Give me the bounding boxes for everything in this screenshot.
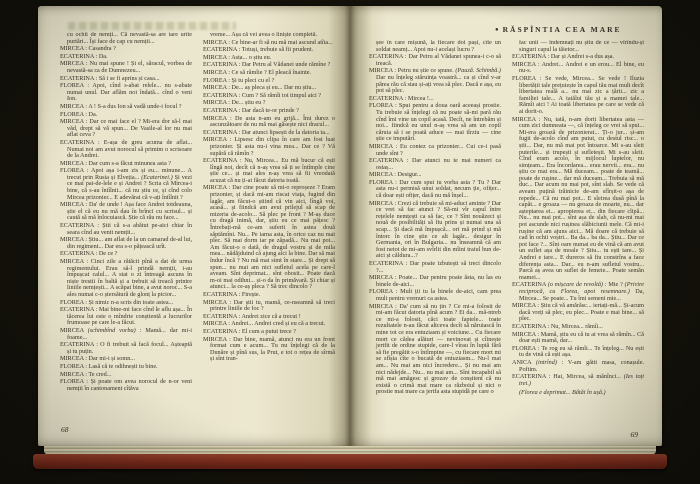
dialogue-paragraph: MIRCEA : Știu... am aflat de la un camar…	[60, 237, 192, 250]
page-number-right: 69	[631, 430, 639, 439]
page-number-left: 68	[61, 425, 69, 434]
dialogue-paragraph: MIRCEA : Crezi că trebuie să mi-aduci am…	[369, 201, 501, 260]
dialogue-paragraph: ECATERINA : Știi că s-a abătut pe-aici c…	[60, 223, 192, 236]
dialogue-paragraph: MIRCEA : Andrei... Andrei cred și eu că …	[203, 321, 335, 328]
dialogue-paragraph: MIRCEA : Andrei... Andrei e un erou... E…	[512, 62, 644, 75]
running-header: ●RĂSPÎNTIA CEA MARE	[495, 25, 645, 34]
dialogue-paragraph: ECATERINA : Andrei zice că a trecut !	[203, 314, 335, 321]
right-page-text: șee în care mișună, la fiecare doi pași,…	[369, 40, 644, 432]
dialogue-paragraph: FLOREA : Da.	[60, 112, 192, 119]
dialogue-paragraph: MIRCEA : Casandra ?	[60, 46, 192, 53]
dialogue-paragraph: MIRCEA : Dar cum s-a făcut minunea asta …	[60, 161, 192, 168]
dialogue-paragraph: MIRCEA : Mamă, știu eu că tu ai vrea să …	[512, 332, 644, 345]
book-cover-edge	[33, 454, 667, 469]
header-bullet-icon: ●	[495, 27, 499, 33]
ink-bleed-smudge	[68, 22, 236, 30]
dialogue-paragraph: ECATERINA : El cum a putut trece ?	[203, 329, 335, 336]
dialogue-paragraph: MIRCEA : Eu contez ca prizonier... Cui c…	[369, 144, 501, 157]
dialogue-paragraph: MIRCEA : Petru nu știe ce spune. (Pauză.…	[369, 68, 501, 94]
dialogue-paragraph: MIRCEA (schimbînd vorba) : Mamă... dar m…	[60, 328, 192, 341]
left-page-text: cu ochii de nemți... Că nevastă-sa are t…	[60, 32, 335, 430]
open-book: cu ochii de nemți... Că nevastă-sa are t…	[38, 6, 662, 446]
dialogue-paragraph: MIRCEA : Dar bine, mamă, atunci nu era u…	[203, 337, 335, 363]
header-title: RĂSPÎNTIA CEA MARE	[503, 25, 622, 34]
right-page-column-1: șee în care mișună, la fiecare doi pași,…	[369, 40, 501, 432]
dialogue-paragraph: ECATERINA : Hai, Mircea, să mănînci... (…	[512, 374, 644, 387]
dialogue-paragraph: MIRCEA : Da' cum să nu țin ? Ce mi-a fol…	[369, 304, 501, 396]
dialogue-paragraph: ECATERINA : Nu, Mircea... rămîi...	[512, 324, 644, 331]
book-spread-photo: cu ochii de nemți... Că nevastă-sa are t…	[0, 0, 700, 484]
dialogue-paragraph: MIRCEA : A ! S-a dus Ion să vadă unde-i …	[60, 104, 192, 111]
left-page-column-1: cu ochii de nemți... Că nevastă-sa are t…	[60, 32, 192, 430]
dialogue-paragraph: MIRCEA : De... știu eu ?	[203, 100, 335, 107]
dialogue-paragraph: ECATERINA : Mai bine-mi face cînd le afl…	[60, 307, 192, 327]
dialogue-paragraph: ECATERINA : Să i se fi aprins și casa...	[60, 76, 192, 83]
dialogue-paragraph: ECATERINA : Dar dacă te-or prinde ?	[203, 108, 335, 115]
dialogue-paragraph: ECATERINA : Dar și Andrei s-a dus așa.	[512, 54, 644, 61]
dialogue-paragraph: MIRCEA : Dar cine poate să mi-o reproșez…	[203, 185, 335, 291]
dialogue-paragraph: MIRCEA : Dar ce mai face el ? Mi-era dor…	[60, 119, 192, 139]
dialogue-paragraph: vreme... Așa că vei avea o liniște compl…	[203, 32, 335, 39]
dialogue-paragraph: MIRCEA : Dar mi-i și somn...	[60, 356, 192, 363]
dialogue-paragraph: MIRCEA : Știu că vă amărăsc... iertați-m…	[512, 303, 644, 323]
dialogue-paragraph: FLOREA : Dar cum spui tu vorba asta ? Tu…	[369, 180, 501, 200]
dialogue-paragraph: ECATERINA : Da.	[60, 54, 192, 61]
dialogue-paragraph: MIRCEA : Dar știi tu, mamă, ce-nseamnă s…	[203, 300, 335, 313]
dialogue-paragraph: FLOREA : Se vede, Mircea... Se vede ! Il…	[512, 76, 644, 116]
dialogue-paragraph: ECATERINA : Dar poate izbutești să treci…	[369, 261, 501, 274]
dialogue-paragraph: ECATERINA : Firește.	[203, 292, 335, 299]
dialogue-paragraph: ECATERINA : Dar Petru al Vădanei spunea-…	[369, 54, 501, 67]
dialogue-paragraph: ECATERINA : Dar atunci lipsești de la da…	[203, 130, 335, 137]
dialogue-paragraph: FLOREA : Te rog eu să rămîi... Te înțele…	[512, 346, 644, 359]
dialogue-paragraph: MIRCEA : Desigur...	[369, 172, 501, 179]
page-stack-edges	[44, 446, 656, 454]
stage-direction: (Florea e deprimat... Bătăi în ușă.)	[512, 390, 644, 397]
page-right-69: ●RĂSPÎNTIA CEA MARE șee în care mișună, …	[350, 6, 662, 446]
dialogue-paragraph: MIRCEA : Nu mai spune ! Și el, săracul, …	[60, 61, 192, 74]
dialogue-paragraph: ECATERINA : De ce ?	[60, 251, 192, 258]
dialogue-paragraph: cu ochii de nemți... Că nevastă-sa are t…	[60, 32, 192, 45]
dialogue-paragraph: ECATERINA : E-așa de greu acuma de aflat…	[60, 140, 192, 160]
left-page-column-2: vreme... Așa că vei avea o liniște compl…	[203, 32, 335, 430]
dialogue-paragraph: MIRCEA : Asta... o știu eu.	[203, 55, 335, 62]
dialogue-paragraph: FLOREA : Spui pentru a doua oară aceeași…	[369, 103, 501, 143]
right-page-column-2: fac unii — îndemnați nu știu de ce — vîr…	[512, 40, 644, 432]
dialogue-paragraph: MIRCEA : Nu, tată, n-am dorit libertatea…	[512, 117, 644, 282]
dialogue-paragraph: MIRCEA : Cinci zile a rătăcit pînă a dat…	[60, 259, 192, 299]
dialogue-paragraph: MIRCEA : Lipsesc din clipa în care am fo…	[203, 137, 335, 157]
dialogue-paragraph: FLOREA : Mult ții tu la binele de-aici, …	[369, 289, 501, 302]
dialogue-paragraph: ECATERINA : Mircea !...	[369, 96, 501, 103]
dialogue-paragraph: ECATERINA : Dar atunci nu te mai numeri …	[369, 158, 501, 171]
dialogue-paragraph: FLOREA : Apoi așa i-am zis și eu... minu…	[60, 168, 192, 201]
dialogue-paragraph: FLOREA : Și poate om avea norocul de n-o…	[60, 379, 192, 392]
page-left-68: cu ochii de nemți... Că nevastă-sa are t…	[38, 6, 350, 446]
dialogue-paragraph: ECATERINA : Dar Petru al Vădanei unde ră…	[203, 62, 335, 69]
dialogue-paragraph: ECATERINA : Nu, Mircea... Eu mă bucur că…	[203, 158, 335, 184]
dialogue-paragraph: MIRCEA : Te cred...	[60, 372, 192, 379]
dialogue-paragraph: șee în care mișună, la fiecare doi pași,…	[369, 40, 501, 53]
dialogue-paragraph: FLOREA : Lasă că te odihnești tu bine.	[60, 364, 192, 371]
dialogue-paragraph: MIRCEA : Da' de unde ! Așa face Andrei t…	[60, 202, 192, 222]
dialogue-paragraph: MIRCEA : De asta n-am eu grijă... Îmi du…	[203, 116, 335, 129]
dialogue-paragraph: fac unii — îndemnați nu știu de ce — vîr…	[512, 40, 644, 53]
dialogue-paragraph: ECATERINA : O fi trebuit să facă focul..…	[60, 342, 192, 355]
dialogue-paragraph: ECATERINA : Totuși, trebuie să fii prude…	[203, 47, 335, 54]
dialogue-paragraph: ECATERINA : Cum ? Să rămîi tot timpul ai…	[203, 93, 335, 100]
dialogue-paragraph: MIRCEA : Ce bine-ar fi să nu mă mai ascu…	[203, 40, 335, 47]
dialogue-paragraph: FLOREA : Apoi, cînd s-abat relele... nu …	[60, 83, 192, 103]
dialogue-paragraph: FLOREA : Și tu pleci cu el ?	[203, 78, 335, 85]
dialogue-paragraph: ECATERINA (o mișcare de revoltă) : Mie ?…	[512, 282, 644, 302]
dialogue-paragraph: MIRCEA : Ce să rămîie ? El pleacă înaint…	[203, 70, 335, 77]
dialogue-paragraph: MIRCEA : Poate... Dar pentru poate ăsta,…	[369, 275, 501, 288]
dialogue-paragraph: MIRCEA : De... aș pleca și eu... Dar nu …	[203, 85, 335, 92]
dialogue-paragraph: ANICA (intrînd) : V-am gătit masa, conaș…	[512, 360, 644, 373]
